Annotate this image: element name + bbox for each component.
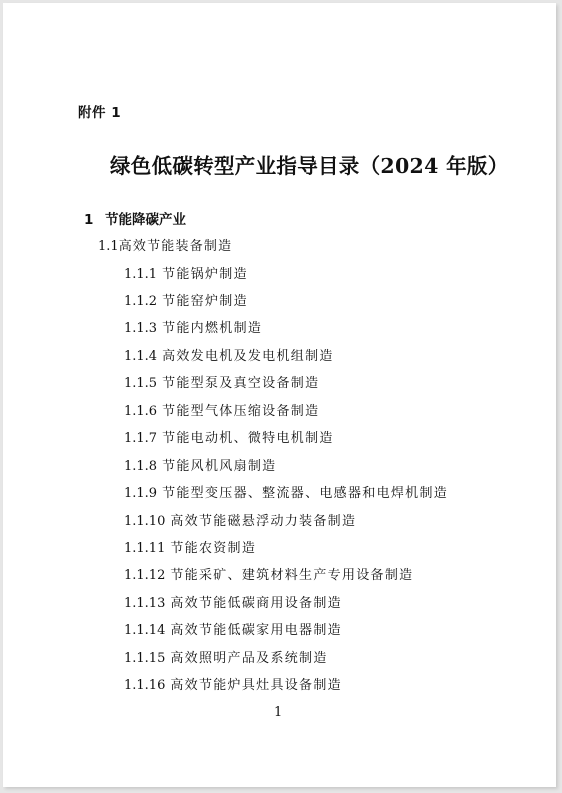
item-number: 1.1.2: [124, 294, 157, 309]
list-item: 1.1.5节能型泵及真空设备制造: [124, 375, 319, 393]
item-number: 1.1.12: [124, 568, 165, 583]
item-number: 1.1.10: [124, 514, 165, 529]
list-item: 1.1.16高效节能炉具灶具设备制造: [124, 677, 342, 695]
section-label: 节能降碳产业: [105, 212, 186, 228]
item-number: 1.1.3: [124, 321, 157, 336]
list-item: 1.1.4高效发电机及发电机组制造: [124, 348, 334, 366]
list-item: 1.1.15高效照明产品及系统制造: [124, 650, 328, 668]
item-number: 1.1.7: [124, 431, 157, 446]
list-item: 1.1.2节能窑炉制造: [124, 293, 248, 311]
item-label: 节能锅炉制造: [162, 267, 248, 282]
item-number: 1.1.13: [124, 596, 165, 611]
list-item: 1.1.3节能内燃机制造: [124, 320, 262, 338]
attachment-label: 附件 1: [78, 101, 121, 121]
item-label: 节能型变压器、整流器、电感器和电焊机制造: [162, 486, 448, 501]
section-heading: 1节能降碳产业: [84, 211, 186, 229]
item-label: 节能风机风扇制造: [162, 459, 276, 474]
list-item: 1.1.8节能风机风扇制造: [124, 458, 276, 476]
list-item: 1.1.6节能型气体压缩设备制造: [124, 403, 319, 421]
page-number: 1: [274, 705, 282, 720]
item-number: 1.1.5: [124, 376, 157, 391]
section-number: 1: [84, 211, 105, 229]
document-page: 附件 1 绿色低碳转型产业指导目录（2024 年版） 1节能降碳产业 1.1高效…: [3, 3, 556, 787]
item-label: 高效节能磁悬浮动力装备制造: [170, 514, 356, 529]
item-label: 节能内燃机制造: [162, 321, 262, 336]
item-label: 高效照明产品及系统制造: [170, 651, 327, 666]
item-label: 高效节能炉具灶具设备制造: [170, 678, 342, 693]
item-number: 1.1.8: [124, 459, 157, 474]
list-item: 1.1.13高效节能低碳商用设备制造: [124, 595, 342, 613]
document-title: 绿色低碳转型产业指导目录（2024 年版）: [110, 149, 509, 179]
subsection-number: 1.1: [98, 239, 119, 254]
item-number: 1.1.9: [124, 486, 157, 501]
item-label: 高效发电机及发电机组制造: [162, 349, 334, 364]
item-label: 高效节能低碳家用电器制造: [170, 623, 342, 638]
item-label: 节能型气体压缩设备制造: [162, 404, 319, 419]
item-label: 高效节能低碳商用设备制造: [170, 596, 342, 611]
list-item: 1.1.9节能型变压器、整流器、电感器和电焊机制造: [124, 485, 448, 503]
list-item: 1.1.7节能电动机、微特电机制造: [124, 430, 334, 448]
list-item: 1.1.14高效节能低碳家用电器制造: [124, 622, 342, 640]
subsection-heading: 1.1高效节能装备制造: [98, 238, 232, 256]
item-label: 节能农资制造: [170, 541, 256, 556]
item-number: 1.1.4: [124, 349, 157, 364]
item-number: 1.1.11: [124, 541, 165, 556]
item-label: 节能窑炉制造: [162, 294, 248, 309]
item-label: 节能型泵及真空设备制造: [162, 376, 319, 391]
item-number: 1.1.16: [124, 678, 165, 693]
item-number: 1.1.15: [124, 651, 165, 666]
item-number: 1.1.1: [124, 267, 157, 282]
item-label: 节能采矿、建筑材料生产专用设备制造: [170, 568, 413, 583]
item-label: 节能电动机、微特电机制造: [162, 431, 334, 446]
list-item: 1.1.12节能采矿、建筑材料生产专用设备制造: [124, 567, 413, 585]
item-number: 1.1.14: [124, 623, 165, 638]
list-item: 1.1.10高效节能磁悬浮动力装备制造: [124, 513, 356, 531]
subsection-label: 高效节能装备制造: [119, 239, 233, 254]
item-number: 1.1.6: [124, 404, 157, 419]
list-item: 1.1.11节能农资制造: [124, 540, 256, 558]
list-item: 1.1.1节能锅炉制造: [124, 266, 248, 284]
